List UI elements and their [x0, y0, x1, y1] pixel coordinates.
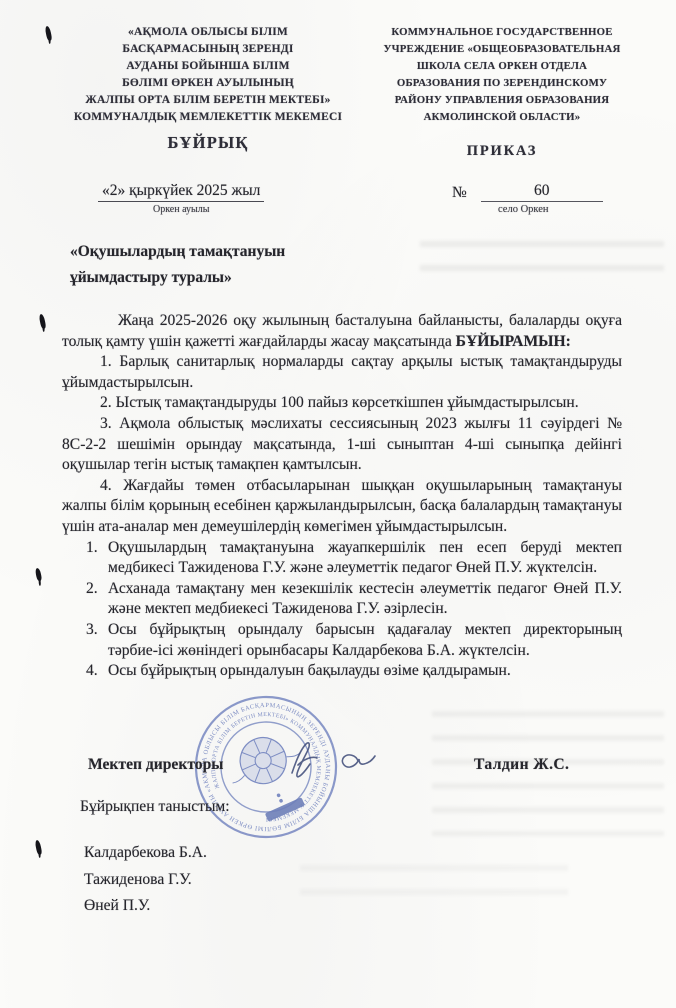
order-item: 3. Ақмола облыстық мәслихаты сессиясының… [62, 414, 622, 476]
assignment-number: 2. [86, 579, 108, 620]
org-kk-line: «АҚМОЛА ОБЛЫСЫ БІЛІМ [56, 24, 360, 41]
org-ru-line: ОБРАЗОВАНИЯ ПО ЗЕРЕНДИНСКОМУ [354, 75, 650, 92]
assignment-item: 4. Осы бұйрықтың орындалуын бақылауды өз… [86, 661, 622, 682]
org-name-russian: КОММУНАЛЬНОЕ ГОСУДАРСТВЕННОЕ УЧРЕЖДЕНИЕ … [354, 24, 650, 160]
director-role-label: Мектеп директоры [88, 756, 223, 774]
scanned-order-document: «АҚМОЛА ОБЛЫСЫ БІЛІМ БАСҚАРМАСЫНЫҢ ЗЕРЕН… [0, 0, 676, 1008]
org-kk-line: ЖАЛПЫ ОРТА БІЛІМ БЕРЕТІН МЕКТЕБІ» [56, 92, 360, 109]
org-kk-line: КОММУНАЛДЫҚ МЕМЛЕКЕТТІК МЕКЕМЕСІ [56, 109, 360, 126]
org-kk-line: БӨЛІМІ ӨРКЕН АУЫЛЫНЫҢ [56, 75, 360, 92]
order-item: 1. Барлық санитарлық нормаларды сақтау а… [62, 352, 622, 393]
intro-directive-word: БҰЙЫРАМЫН: [456, 333, 571, 350]
place-kazakh: Оркен ауылы [98, 204, 264, 215]
number-sign: № [452, 184, 467, 202]
binding-mark [34, 840, 42, 856]
date-block: «2» қыркүйек 2025 жыл Оркен ауылы [98, 182, 264, 215]
org-ru-line: УЧРЕЖДЕНИЕ «ОБЩЕОБРАЗОВАТЕЛЬНАЯ [354, 41, 650, 58]
assignment-number: 1. [86, 538, 108, 579]
order-subject: «Оқушылардың тамақтануын ұйымдастыру тур… [70, 239, 352, 291]
binding-mark [44, 26, 52, 42]
order-date: «2» қыркүйек 2025 жыл [98, 182, 264, 202]
assignment-text: Осы бұйрықтың орындалуын бақылауды өзіме… [108, 661, 622, 682]
acquainted-name: Тажиденова Г.У. [84, 867, 207, 894]
assignment-text: Оқушылардың тамақтануына жауапкершілік п… [108, 538, 622, 579]
org-ru-line: АКМОЛИНСКОЙ ОБЛАСТИ» [354, 109, 650, 126]
order-item: 4. Жағдайы төмен отбасыларынан шыққан оқ… [62, 476, 622, 538]
acquainted-name: Калдарбекова Б.А. [84, 840, 207, 867]
org-name-kazakh: «АҚМОЛА ОБЛЫСЫ БІЛІМ БАСҚАРМАСЫНЫҢ ЗЕРЕН… [56, 24, 360, 151]
org-ru-line: ШКОЛА СЕЛА ОРКЕН ОТДЕЛА [354, 58, 650, 75]
assignment-text: Осы бұйрықтың орындалу барысын қадағалау… [108, 620, 622, 661]
order-body: Жаңа 2025-2026 оқу жылының басталуына ба… [62, 311, 622, 682]
acquainted-label: Бұйрықпен таныстым: [80, 798, 230, 816]
number-block: № 60 село Оркен [452, 182, 603, 215]
director-name: Талдин Ж.С. [474, 756, 569, 774]
assignment-number: 4. [86, 661, 108, 682]
assignment-item: 2. Асханада тамақтану мен кезекшілік кес… [86, 579, 622, 620]
assignment-list: 1. Оқушылардың тамақтануына жауапкершілі… [62, 538, 622, 682]
assignment-number: 3. [86, 620, 108, 661]
assignment-item: 3. Осы бұйрықтың орындалу барысын қадаға… [86, 620, 622, 661]
doc-type-kazakh: БҰЙРЫҚ [56, 134, 360, 151]
org-kk-line: БАСҚАРМАСЫНЫҢ ЗЕРЕНДІ [56, 41, 360, 58]
doc-type-russian: ПРИКАЗ [354, 143, 650, 160]
assignment-item: 1. Оқушылардың тамақтануына жауапкершілі… [86, 538, 622, 579]
intro-paragraph: Жаңа 2025-2026 оқу жылының басталуына ба… [62, 311, 622, 352]
binding-mark [35, 568, 43, 582]
org-ru-line: РАЙОНУ УПРАВЛЕНИЯ ОБРАЗОВАНИЯ [354, 92, 650, 109]
order-item: 2. Ыстық тамақтандыруды 100 пайыз көрсет… [62, 393, 622, 414]
acquainted-name: Өней П.У. [84, 893, 207, 920]
binding-mark [38, 314, 46, 330]
org-kk-line: АУДАНЫ БОЙЫНША БІЛІМ [56, 58, 360, 75]
place-russian: село Оркен [498, 204, 603, 215]
bleedthrough-artifact [300, 852, 568, 896]
director-signature [270, 735, 380, 785]
bleedthrough-artifact [420, 228, 664, 280]
org-ru-line: КОММУНАЛЬНОЕ ГОСУДАРСТВЕННОЕ [354, 24, 650, 41]
assignment-text: Асханада тамақтану мен кезекшілік кестес… [108, 579, 622, 620]
order-number: 60 [481, 182, 603, 202]
acquainted-names: Калдарбекова Б.А. Тажиденова Г.У. Өней П… [84, 840, 207, 920]
